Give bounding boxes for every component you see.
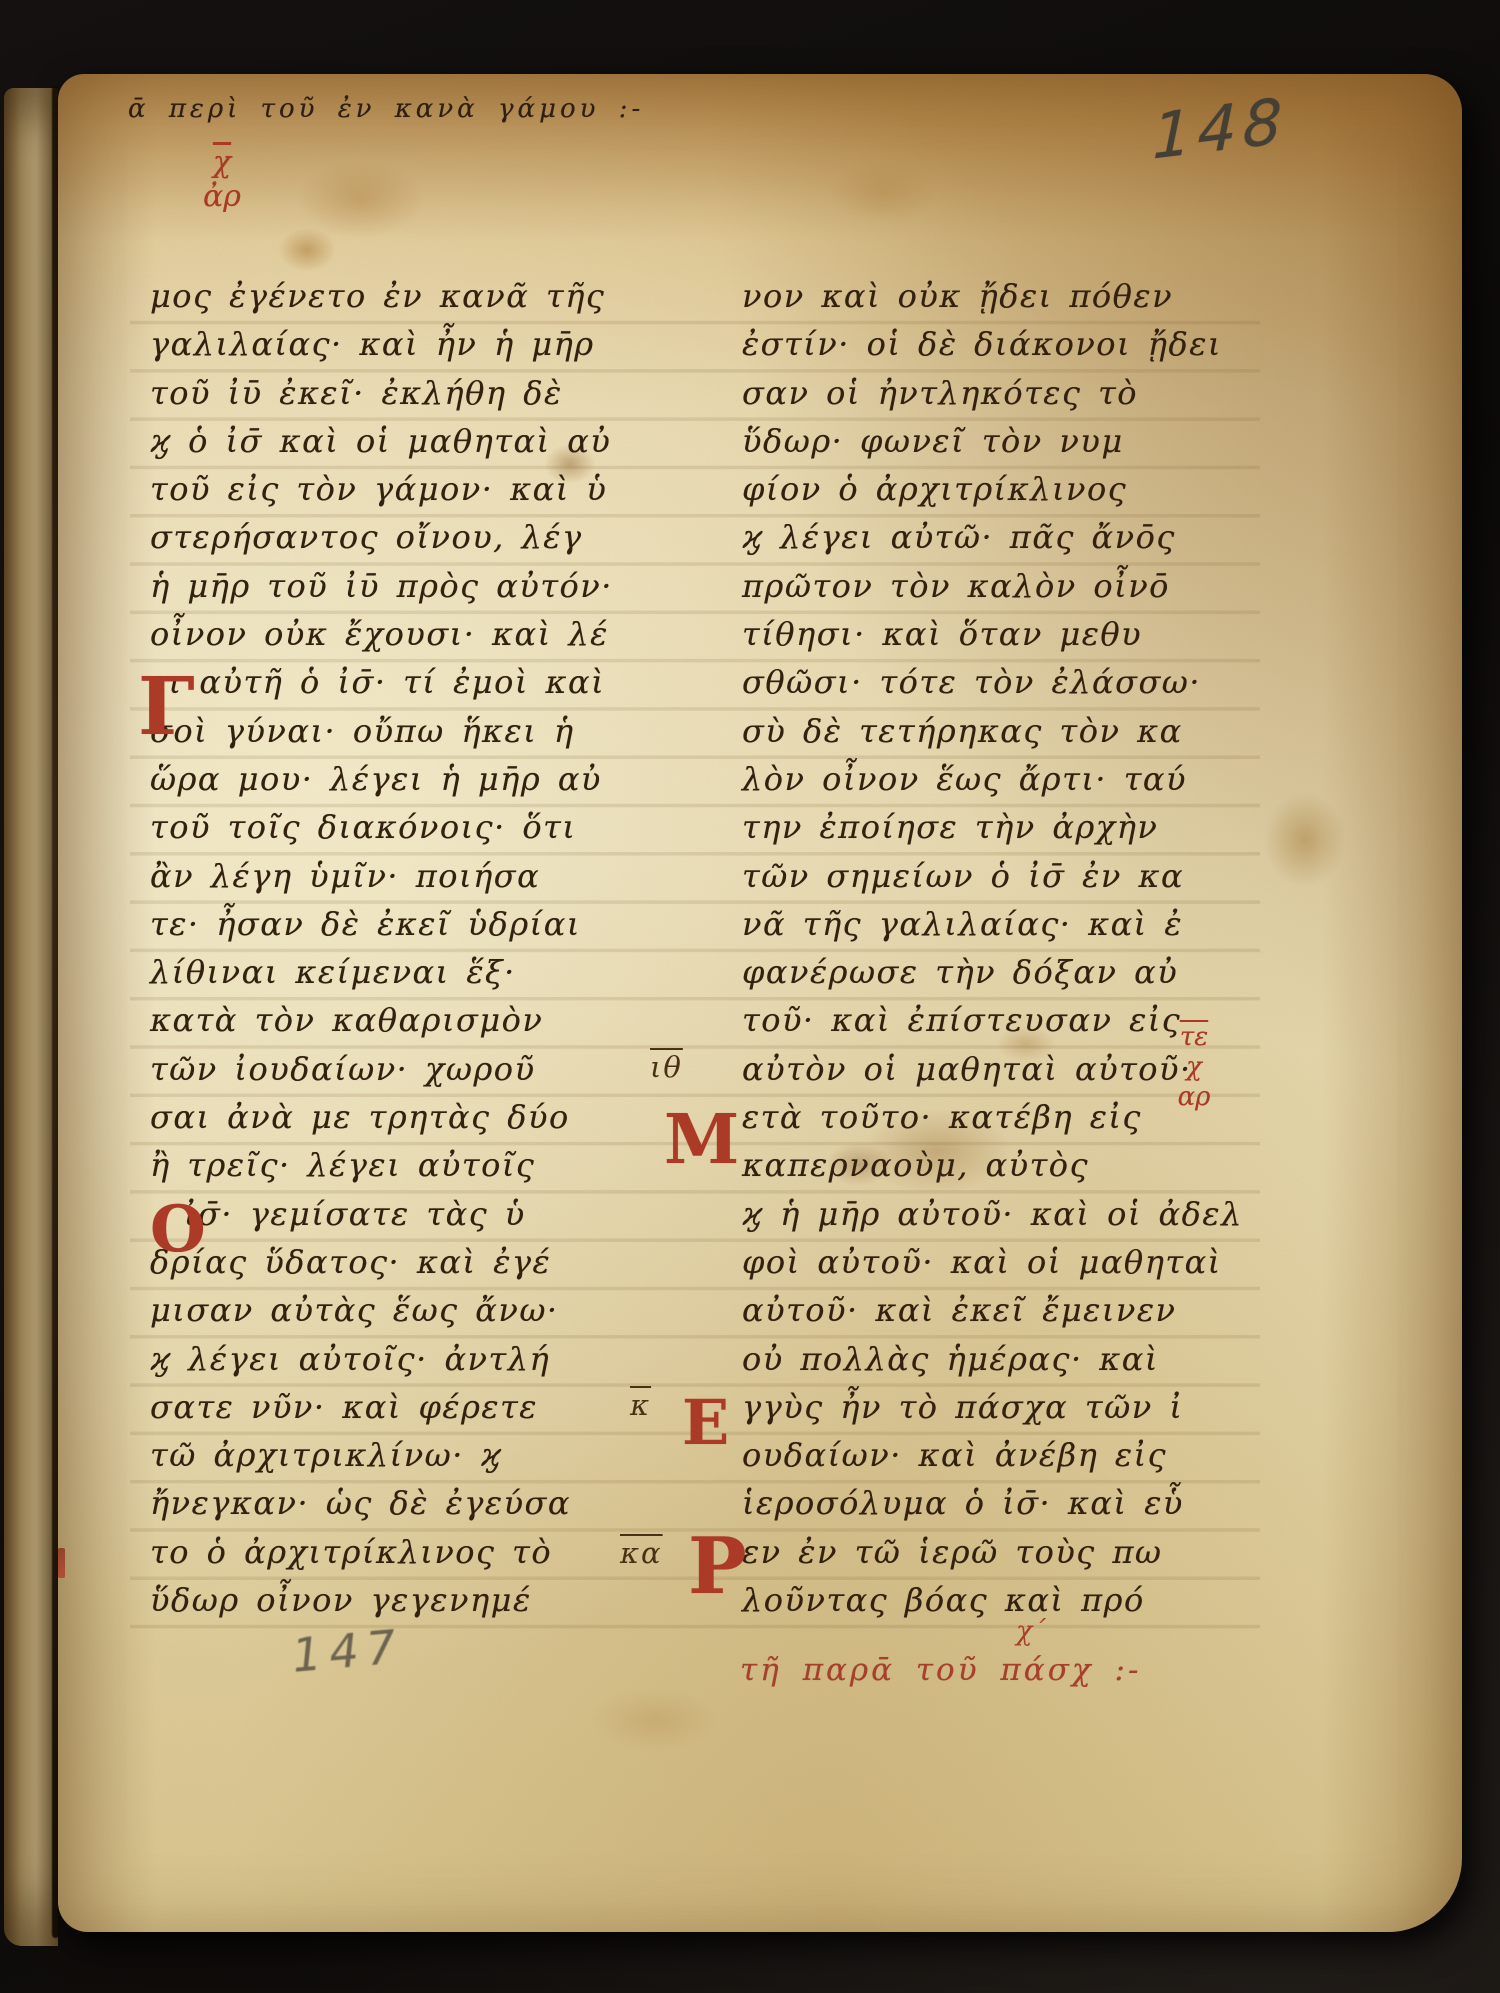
manuscript-text-line: ϗ λέγει αὐτοῖς· ἀντλή [150,1335,690,1383]
manuscript-text-line: γαλιλαίας· καὶ ἦν ἡ μη̄ρ [150,320,690,368]
manuscript-text-line: φανέρωσε τὴν δόξαν αὐ [742,948,1282,996]
manuscript-text-line: ουδαίων· καὶ ἀνέβη εἰς [742,1431,1282,1479]
manuscript-text-line: εν ἐν τῶ ἱερῶ τοὺς πω [742,1528,1282,1576]
manuscript-text-line: στερήσαντος οἴνου, λέγ [150,513,690,561]
manuscript-text-line: τε· ἦσαν δὲ ἐκεῖ ὑδρίαι [150,900,690,948]
arche-alpha-rho: ἀρ [196,180,248,214]
manuscript-text-line: τοῦ ἰῡ ἐκεῖ· ἐκλήθη δὲ [150,369,690,417]
manuscript-text-line: ϗ ἡ μη̄ρ αὐτοῦ· καὶ οἱ ἀδελ [742,1190,1282,1238]
manuscript-text-line: νον καὶ οὐκ ᾔδει πόθεν [742,272,1282,320]
manuscript-text-line: τῶν σημείων ὁ ἰσ̄ ἐν κα [742,852,1282,900]
red-initial-mu: Μ [664,1106,739,1174]
kephalaion-number-19: ιθ [650,1050,683,1084]
kephalaion-title: ᾱ περὶ τοῦ ἐν κανὰ γάμου :- [128,94,644,124]
manuscript-text-line: λὸν οἶνον ἕως ἄρτι· ταύ [742,755,1282,803]
manuscript-text-line: καπερναοὺμ, αὐτὸς [742,1141,1282,1189]
manuscript-text-line: σατε νῦν· καὶ φέρετε [150,1383,690,1431]
manuscript-text-line: σὺ δὲ τετήρηκας τὸν κα [742,707,1282,755]
manuscript-text-line: ει αὐτῆ ὁ ἰσ̄· τί ἐμοὶ καὶ [150,658,690,706]
manuscript-text-line: ἐστίν· οἱ δὲ διάκονοι ᾔδει [742,320,1282,368]
manuscript-text-line: ϗ λέγει αὐτῶ· πᾶς ἄνο̄ς [742,513,1282,561]
manuscript-text-line: τοῦ εἰς τὸν γάμον· καὶ ὑ [150,465,690,513]
manuscript-text-line: ἂν λέγη ὑμῖν· ποιήσα [150,852,690,900]
manuscript-text-line: την ἐποίησε τὴν ἀρχὴν [742,803,1282,851]
kephalaion-number-21: κα [620,1536,663,1570]
manuscript-text-line: ὕδωρ· φωνεῖ τὸν νυμ [742,417,1282,465]
telos-arche-lection-marks: τε χ αρ [1162,1022,1226,1112]
manuscript-text-line: φίον ὁ ἀρχιτρίκλινος [742,465,1282,513]
manuscript-text-line: κατὰ τὸν καθαρισμὸν [150,996,690,1044]
manuscript-text-line: τῶν ἰουδαίων· χωροῦ [150,1045,690,1093]
manuscript-text-line: ἡ μη̄ρ τοῦ ἰῡ πρὸς αὐτόν· [150,562,690,610]
red-initial-epsilon: Ε [682,1392,729,1454]
manuscript-text-line: οὐ πολλὰς ἡμέρας· καὶ [742,1335,1282,1383]
kephalaion-number-20: κ [630,1388,651,1422]
left-edge-red-mark [58,1548,65,1578]
manuscript-text-line: ϗ ὁ ἰσ̄ καὶ οἱ μαθηταὶ αὐ [150,417,690,465]
manuscript-text-line: το ὁ ἀρχιτρίκλινος τὸ [150,1528,690,1576]
manuscript-text-line: τοῦ τοῖς διακόνοις· ὅτι [150,803,690,851]
red-initial-omicron: Ο [150,1198,206,1262]
arche-chi: χ [196,146,248,180]
manuscript-text-line: σαι ἀνὰ με τρητὰς δύο [150,1093,690,1141]
lection-rubric-superscript: χ´ [1016,1616,1046,1647]
arche-lection-mark: χ ἀρ [196,146,248,214]
manuscript-text-line: σθῶσι· τότε τὸν ἐλάσσω· [742,658,1282,706]
manuscript-text-line: μος ἐγένετο ἐν κανᾶ τῆς [150,272,690,320]
manuscript-text-line: σαν οἱ ἠντληκότες τὸ [742,369,1282,417]
manuscript-text-line: φοὶ αὐτοῦ· καὶ οἱ μαθηταὶ [742,1238,1282,1286]
manuscript-text-line: οἶνον οὐκ ἔχουσι· καὶ λέ [150,610,690,658]
manuscript-text-line: λοῦντας βόας καὶ πρό [742,1576,1282,1624]
red-initial-rho: Ρ [688,1528,747,1606]
arche-chi-right: χ [1162,1052,1226,1082]
underlying-folio-edge [4,88,58,1946]
manuscript-text-line: σοὶ γύναι· οὔπω ἥκει ἡ [150,707,690,755]
text-column-left: μος ἐγένετο ἐν κανᾶ τῆςγαλιλαίας· καὶ ἦν… [150,272,690,1624]
lection-rubric: τῆ παρᾱ τοῦ πάσχ :- [740,1652,1141,1688]
folio-number-pencil: 147 [290,1619,406,1683]
manuscript-text-line: λίθιναι κείμεναι ἕξ· [150,948,690,996]
manuscript-text-line: τίθησι· καὶ ὅταν μεθυ [742,610,1282,658]
manuscript-text-line: αὐτοῦ· καὶ ἐκεῖ ἔμεινεν [742,1286,1282,1334]
manuscript-photo: ᾱ περὶ τοῦ ἐν κανὰ γάμου :- 148 χ ἀρ μος… [0,0,1500,1993]
arche-alpha-rho-right: αρ [1162,1082,1226,1112]
manuscript-text-line: ἰσ̄· γεμίσατε τὰς ὑ [150,1190,690,1238]
manuscript-text-line: ὥρα μου· λέγει ἡ μη̄ρ αὐ [150,755,690,803]
telos-mark: τε [1162,1022,1226,1052]
red-initial-gamma: Γ [138,666,195,746]
text-column-right: νον καὶ οὐκ ᾔδει πόθενἐστίν· οἱ δὲ διάκο… [742,272,1282,1624]
manuscript-text-line: ἱεροσόλυμα ὁ ἰσ̄· καὶ εὗ [742,1479,1282,1527]
manuscript-text-line: ἤνεγκαν· ὡς δὲ ἐγεύσα [150,1479,690,1527]
manuscript-text-line: ὕδωρ οἶνον γεγενημέ [150,1576,690,1624]
manuscript-text-line: μισαν αὐτὰς ἕως ἄνω· [150,1286,690,1334]
manuscript-text-line: πρῶτον τὸν καλὸν οἶνο̄ [742,562,1282,610]
manuscript-text-line: γγὺς ἦν τὸ πάσχα τῶν ἰ [742,1383,1282,1431]
manuscript-text-line: τῶ ἀρχιτρικλίνω· ϗ [150,1431,690,1479]
manuscript-text-line: δρίας ὕδατος· καὶ ἐγέ [150,1238,690,1286]
manuscript-text-line: ἢ τρεῖς· λέγει αὐτοῖς [150,1141,690,1189]
manuscript-text-line: νᾶ τῆς γαλιλαίας· καὶ ἐ [742,900,1282,948]
